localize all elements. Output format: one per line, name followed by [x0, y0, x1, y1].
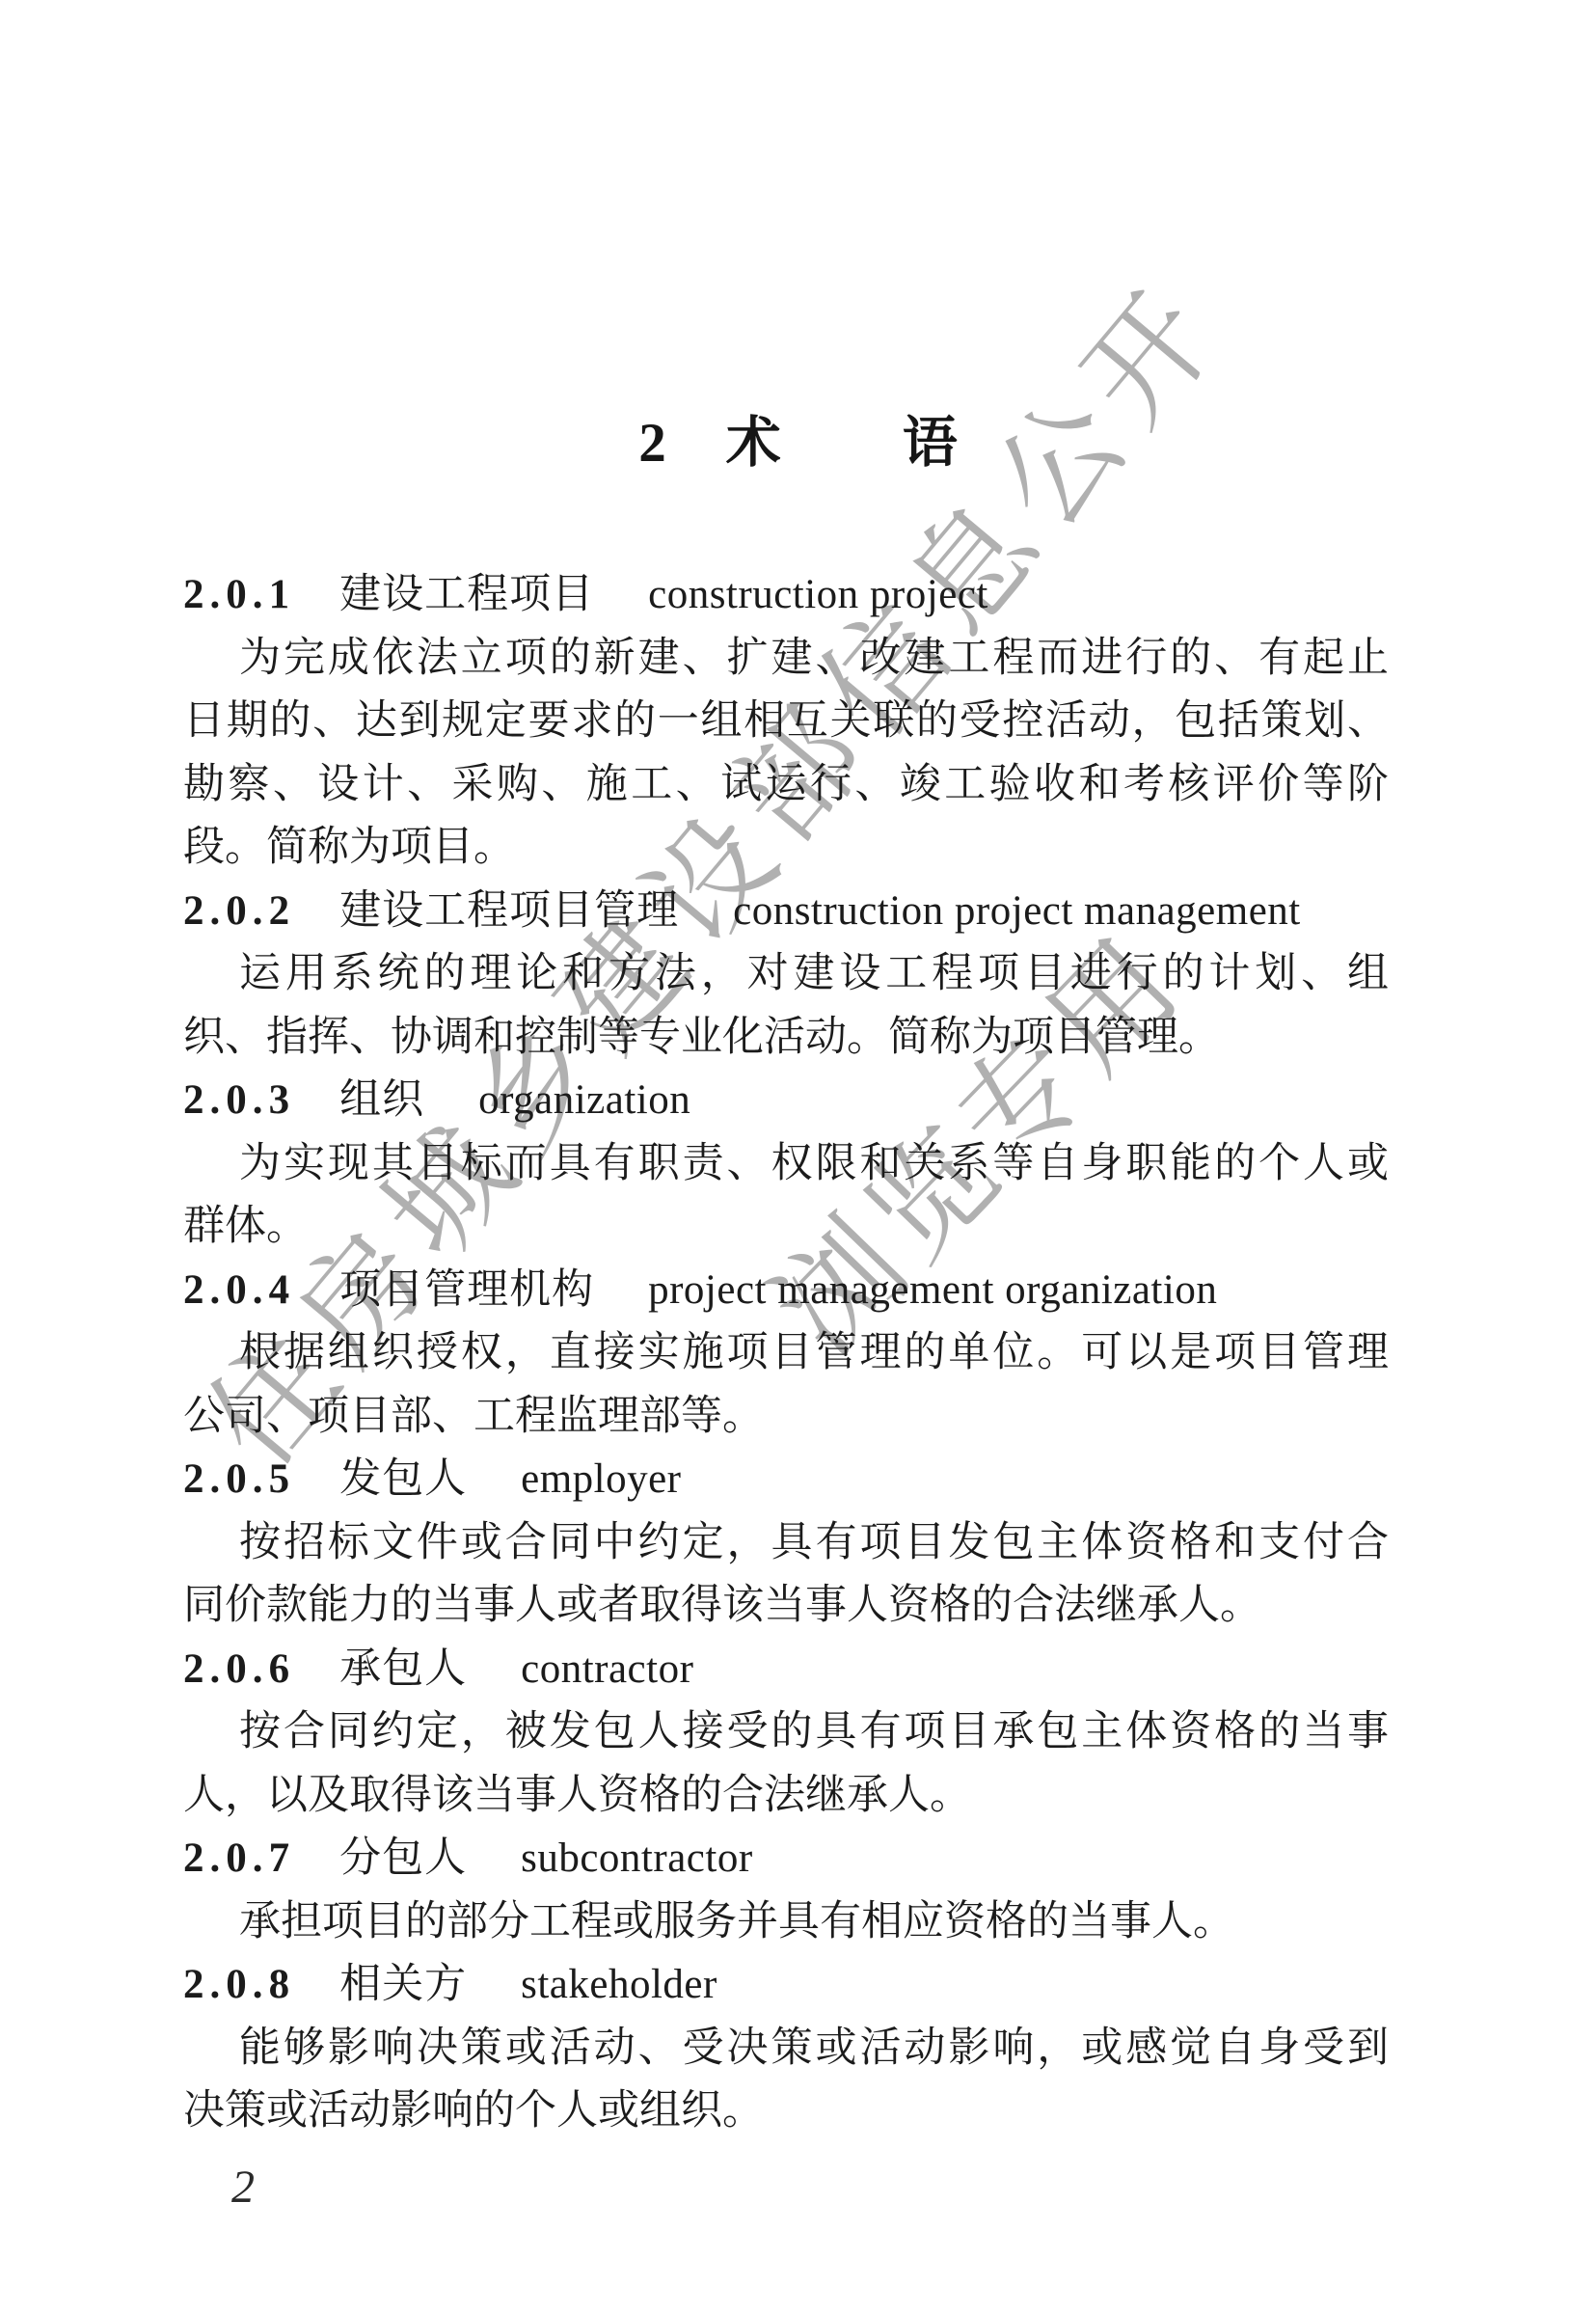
definition-line: 按招标文件或合同中约定，具有项目发包主体资格和支付合 — [183, 1511, 1389, 1575]
term-number: 2.0.6 — [183, 1638, 295, 1701]
term-en: subcontractor — [521, 1827, 753, 1890]
definition-line: 同价款能力的当事人或者取得该当事人资格的合法继承人。 — [183, 1574, 1389, 1638]
chapter-title-char-2: 语 — [903, 398, 958, 477]
definition-line: 日期的、达到规定要求的一组相互关联的受控活动，包括策划、 — [183, 690, 1389, 753]
term-zh: 相关方 — [339, 1953, 467, 2017]
term-number: 2.0.1 — [183, 563, 295, 627]
term-heading: 2.0.7 分包人 subcontractor — [183, 1827, 1389, 1890]
chapter-title: 2 术 语 — [0, 398, 1596, 477]
term-heading: 2.0.8 相关方 stakeholder — [183, 1953, 1389, 2017]
term-number: 2.0.7 — [183, 1827, 295, 1890]
term-en: construction project management — [733, 880, 1301, 943]
definition-line: 承担项目的部分工程或服务并具有相应资格的当事人。 — [183, 1890, 1389, 1954]
term-en: contractor — [521, 1638, 693, 1701]
term-zh: 建设工程项目管理 — [339, 880, 679, 943]
term-en: construction project — [648, 563, 988, 627]
definition-line: 群体。 — [183, 1195, 1389, 1259]
term-heading: 2.0.4 项目管理机构 project management organiza… — [183, 1259, 1389, 1322]
term-number: 2.0.5 — [183, 1448, 295, 1511]
definition-line: 织、指挥、协调和控制等专业化活动。简称为项目管理。 — [183, 1006, 1389, 1070]
definition-line: 按合同约定，被发包人接受的具有项目承包主体资格的当事 — [183, 1700, 1389, 1764]
definition-line: 能够影响决策或活动、受决策或活动影响，或感觉自身受到 — [183, 2017, 1389, 2080]
term-heading: 2.0.1 建设工程项目 construction project — [183, 563, 1389, 627]
term-en: organization — [478, 1069, 690, 1132]
term-number: 2.0.3 — [183, 1069, 295, 1132]
chapter-title-char-1: 术 — [726, 398, 781, 477]
definition-line: 决策或活动影响的个人或组织。 — [183, 2080, 1389, 2143]
page-number: 2 — [231, 2161, 255, 2214]
term-number: 2.0.8 — [183, 1953, 295, 2017]
term-en: project management organization — [648, 1259, 1217, 1322]
definition-line: 根据组织授权，直接实施项目管理的单位。可以是项目管理 — [183, 1321, 1389, 1385]
term-zh: 项目管理机构 — [339, 1259, 594, 1322]
term-heading: 2.0.3 组织 organization — [183, 1069, 1389, 1132]
term-number: 2.0.4 — [183, 1259, 295, 1322]
term-zh: 分包人 — [339, 1827, 467, 1890]
term-heading: 2.0.6 承包人 contractor — [183, 1638, 1389, 1701]
term-zh: 发包人 — [339, 1448, 467, 1511]
term-number: 2.0.2 — [183, 880, 295, 943]
definition-line: 为完成依法立项的新建、扩建、改建工程而进行的、有起止 — [183, 627, 1389, 691]
term-heading: 2.0.2 建设工程项目管理 construction project mana… — [183, 880, 1389, 943]
term-zh: 组织 — [339, 1069, 424, 1132]
definition-line: 运用系统的理论和方法，对建设工程项目进行的计划、组 — [183, 942, 1389, 1006]
definition-line: 勘察、设计、采购、施工、试运行、竣工验收和考核评价等阶 — [183, 753, 1389, 817]
definition-line: 公司、项目部、工程监理部等。 — [183, 1385, 1389, 1449]
term-en: employer — [521, 1448, 681, 1511]
term-en: stakeholder — [521, 1953, 717, 2017]
definition-line: 人，以及取得该当事人资格的合法继承人。 — [183, 1764, 1389, 1828]
definition-line: 段。简称为项目。 — [183, 816, 1389, 880]
term-zh: 建设工程项目 — [339, 563, 594, 627]
term-zh: 承包人 — [339, 1638, 467, 1701]
document-page: 住房城乡建设部信息公开 浏览专用 2 术 语 2.0.1 建设工程项目 cons… — [0, 0, 1596, 2311]
definition-line: 为实现其目标而具有职责、权限和关系等自身职能的个人或 — [183, 1132, 1389, 1196]
term-heading: 2.0.5 发包人 employer — [183, 1448, 1389, 1511]
terms-section: 2.0.1 建设工程项目 construction project 为完成依法立… — [183, 563, 1389, 2143]
chapter-number: 2 — [638, 412, 666, 475]
